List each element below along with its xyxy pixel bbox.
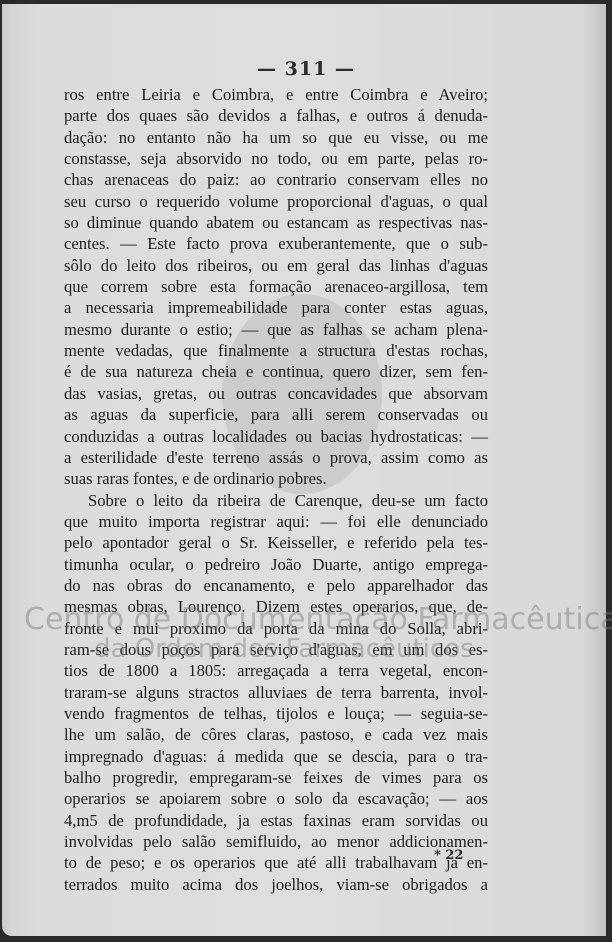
text-line: involvidas pelo salão semifluido, ao men…	[64, 831, 488, 852]
text-line: parte dos quaes são devidos a falhas, e …	[64, 105, 488, 126]
text-line: conduzidas a outras localidades ou bacia…	[64, 426, 488, 447]
text-line: balho progredir, empregaram-se feixes de…	[64, 767, 488, 788]
text-line: das vasias, gretas, ou outras concavidad…	[64, 383, 488, 404]
text-line: lhe um salão, de côres claras, pastoso, …	[64, 724, 488, 745]
text-line: constasse, seja absorvido no todo, ou em…	[64, 148, 488, 169]
text-line: chas arenaceas do paiz: ao contrario con…	[64, 169, 488, 190]
text-line: Sobre o leito da ribeira de Carenque, de…	[64, 490, 488, 511]
text-line: sôlo do leito dos ribeiros, ou em geral …	[64, 255, 488, 276]
text-line: dação: no entanto não ha um so que eu vi…	[64, 127, 488, 148]
text-line: centes. — Este facto prova exuberantemen…	[64, 233, 488, 254]
text-line: to de peso; e os operarios que até alli …	[64, 852, 488, 873]
text-line: a esterilidade d'este terreno assás o pr…	[64, 447, 488, 468]
text-line: 4,m5 de profundidade, ja estas faxinas e…	[64, 810, 488, 831]
text-line: é de sua natureza cheia e continua, quer…	[64, 361, 488, 382]
text-line: traram-se alguns stractos alluviaes de t…	[64, 682, 488, 703]
text-line: terrados muito acima dos joelhos, viam-s…	[64, 874, 488, 895]
text-line: a necessaria impremeabilidade para conte…	[64, 297, 488, 318]
text-line: operarios se apoiarem sobre o solo da es…	[64, 788, 488, 809]
text-line: timunha ocular, o pedreiro João Duarte, …	[64, 554, 488, 575]
text-line: do nas obras do encanamento, e pelo appa…	[64, 575, 488, 596]
text-line: ros entre Leiria e Coimbra, e entre Coim…	[64, 84, 488, 105]
text-line: ram-se dous poços para serviço d'aguas, …	[64, 639, 488, 660]
signature-mark: * 22	[434, 848, 463, 863]
text-line: que correm sobre esta formação arenaceo-…	[64, 276, 488, 297]
text-line: pelo apontador geral o Sr. Keisseller, e…	[64, 532, 488, 553]
text-line: fronte e mui proximo da porta da mina do…	[64, 618, 488, 639]
page-number: — 311 —	[0, 58, 612, 80]
text-line: suas raras fontes, e de ordinario pobres…	[64, 468, 488, 489]
text-line: as aguas da superficie, para alli serem …	[64, 404, 488, 425]
text-line: so diminue quando abatem ou estancam as …	[64, 212, 488, 233]
text-line: que muito importa registrar aqui: — foi …	[64, 511, 488, 532]
scanned-page-view: — 311 — ros entre Leiria e Coimbra, e en…	[0, 0, 612, 942]
text-line: impregnado d'aguas: á medida que se desc…	[64, 746, 488, 767]
text-line: mesmo durante o estio; — que as falhas s…	[64, 319, 488, 340]
text-line: seu curso o requerido volume proporciona…	[64, 191, 488, 212]
text-line: vendo fragmentos de telhas, tijolos e lo…	[64, 703, 488, 724]
text-line: mesmas obras, Lourenço. Dizem estes oper…	[64, 596, 488, 617]
text-line: mente vedadas, que finalmente a structur…	[64, 340, 488, 361]
body-text: ros entre Leiria e Coimbra, e entre Coim…	[64, 84, 488, 895]
text-line: tios de 1800 a 1805: arregaçada a terra …	[64, 660, 488, 681]
